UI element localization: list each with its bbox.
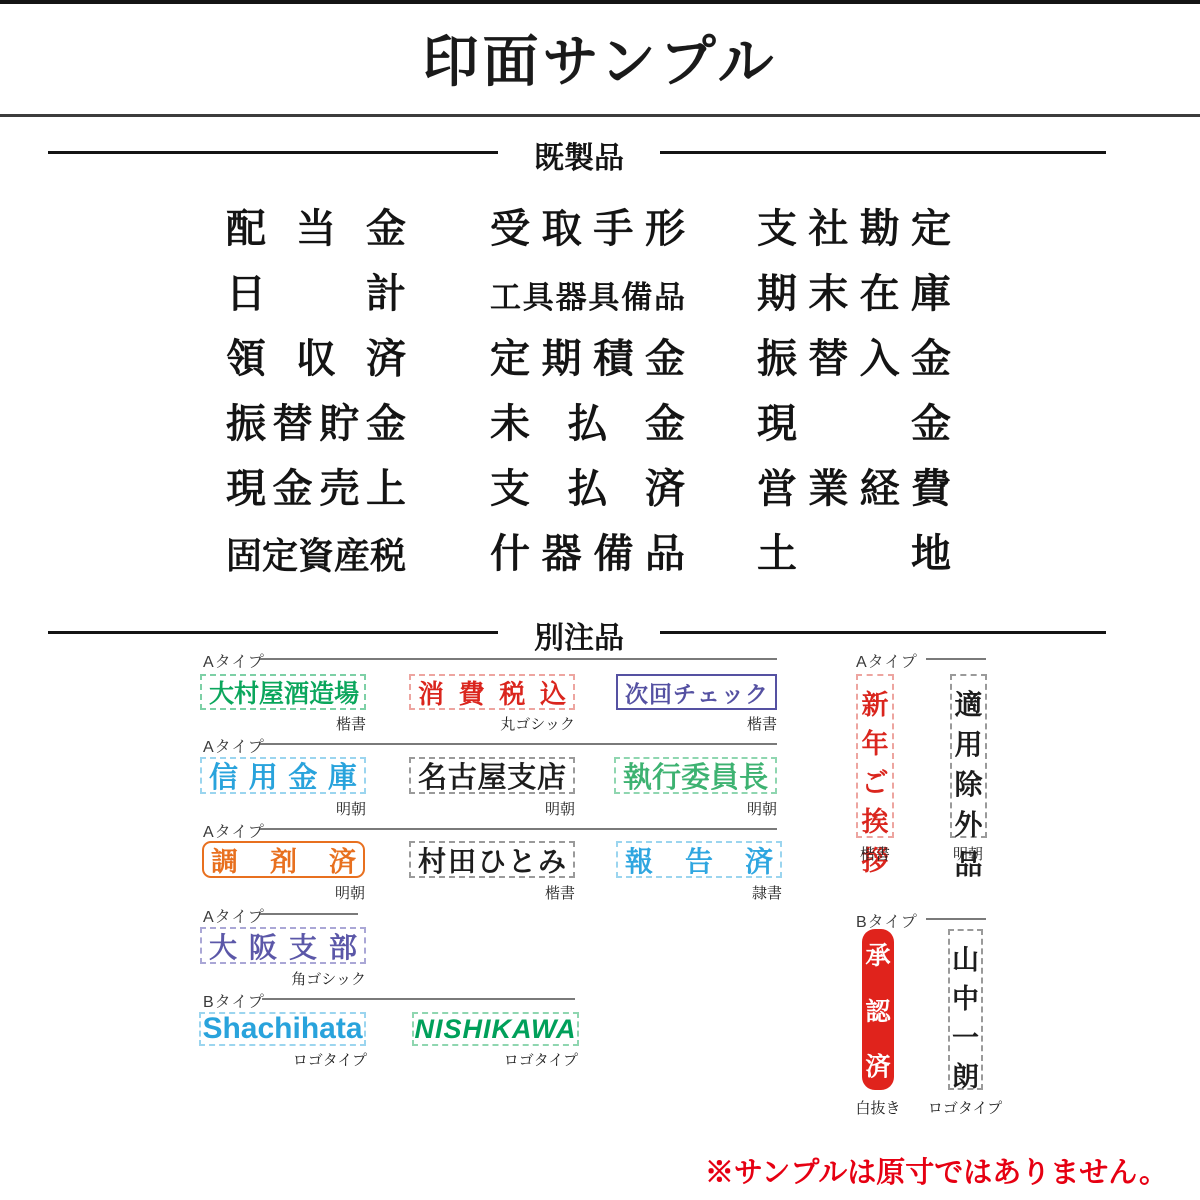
footnote: ※サンプルは原寸ではありません。	[705, 1150, 1168, 1191]
stamp-sample: 大阪支部	[200, 927, 366, 964]
stamp-sample-sheet: 印面サンプル 既製品 配当金 受取手形 支社勘定 日計 工具器具備品 期末在庫 …	[0, 0, 1200, 1200]
font-style-label: 明朝	[265, 882, 365, 903]
stamp-sample: 村田ひとみ	[409, 841, 575, 878]
type-a-label: Aタイプ	[203, 819, 265, 842]
type-b-line	[262, 998, 575, 1000]
ready-made-rule-right	[660, 151, 1106, 154]
ready-made-item: 支払済	[490, 467, 685, 511]
ready-made-item: 什器備品	[490, 532, 685, 576]
stamp-sample: 名古屋支店	[409, 757, 575, 794]
type-b-line	[926, 918, 986, 920]
type-a-line	[260, 913, 358, 915]
font-style-label: 明朝	[923, 843, 1013, 864]
font-style-label: ロゴタイプ	[920, 1097, 1010, 1118]
stamp-sample-vertical: 山中一朗	[948, 929, 983, 1090]
font-style-label: 明朝	[266, 798, 366, 819]
custom-rule-right	[660, 631, 1106, 634]
stamp-sample-vertical: 新年ご挨拶	[856, 674, 894, 838]
stamp-sample: 執行委員長	[614, 757, 777, 794]
type-a-label: Aタイプ	[203, 904, 265, 927]
ready-made-item: 現金	[757, 402, 951, 446]
type-b-label: Bタイプ	[856, 909, 918, 932]
title-divider	[0, 114, 1200, 117]
ready-made-item: 配当金	[226, 207, 406, 251]
type-a-label: Aタイプ	[203, 649, 265, 672]
ready-made-item: 振替入金	[757, 337, 951, 381]
custom-rule-left	[48, 631, 498, 634]
font-style-label: 楷書	[830, 843, 920, 864]
ready-made-item: 工具器具備品	[490, 276, 685, 320]
font-style-label: 角ゴシック	[266, 968, 366, 989]
page-title: 印面サンプル	[0, 18, 1200, 98]
stamp-sample: 大村屋酒造場	[200, 674, 366, 710]
ready-made-item: 未払金	[490, 402, 685, 446]
stamp-sample-logo: NISHIKAWA	[412, 1012, 579, 1046]
custom-heading: 別注品	[498, 613, 660, 657]
type-a-line	[260, 743, 777, 745]
font-style-label: ロゴタイプ	[267, 1049, 367, 1070]
ready-made-heading: 既製品	[498, 133, 660, 177]
stamp-sample: 調剤済	[202, 841, 365, 878]
font-style-label: ロゴタイプ	[478, 1049, 578, 1070]
ready-made-rule-left	[48, 151, 498, 154]
ready-made-item: 固定資産税	[226, 534, 406, 578]
ready-made-item: 期末在庫	[757, 272, 951, 316]
font-style-label: 楷書	[677, 713, 777, 734]
ready-made-item: 支社勘定	[757, 207, 951, 251]
font-style-label: 白抜き	[833, 1097, 923, 1118]
type-a-line	[260, 828, 777, 830]
ready-made-item: 現金売上	[226, 467, 406, 511]
stamp-sample: 次回チェック	[616, 674, 777, 710]
font-style-label: 隷書	[682, 882, 782, 903]
ready-made-item: 振替貯金	[226, 402, 406, 446]
ready-made-item: 領収済	[226, 337, 406, 381]
font-style-label: 楷書	[266, 713, 366, 734]
top-border	[0, 0, 1200, 4]
stamp-sample-logo: Shachihata	[199, 1012, 366, 1046]
font-style-label: 明朝	[677, 798, 777, 819]
type-a-line	[260, 658, 777, 660]
font-style-label: 楷書	[475, 882, 575, 903]
type-a-line	[926, 658, 986, 660]
type-b-label: Bタイプ	[203, 989, 265, 1012]
ready-made-item: 定期積金	[490, 337, 685, 381]
font-style-label: 丸ゴシック	[475, 713, 575, 734]
ready-made-item: 土地	[757, 532, 951, 576]
type-a-label: Aタイプ	[856, 649, 918, 672]
ready-made-item: 受取手形	[490, 207, 685, 251]
type-a-label: Aタイプ	[203, 734, 265, 757]
ready-made-item: 日計	[226, 272, 406, 316]
stamp-sample: 報告済	[616, 841, 782, 878]
font-style-label: 明朝	[475, 798, 575, 819]
stamp-sample-vertical: 承認済	[862, 929, 894, 1090]
ready-made-item: 営業経費	[757, 467, 951, 511]
stamp-sample: 消費税込	[409, 674, 575, 710]
stamp-sample-vertical: 適用除外品	[950, 674, 987, 838]
stamp-sample: 信用金庫	[200, 757, 366, 794]
